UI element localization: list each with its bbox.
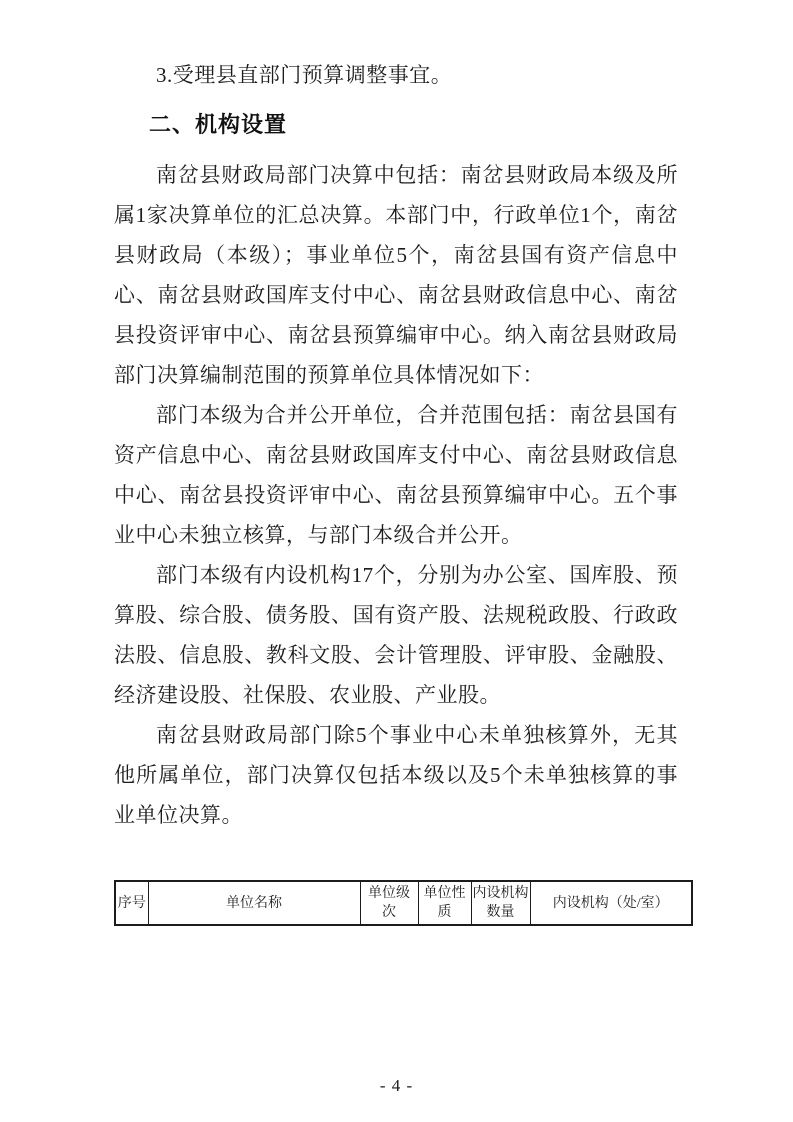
page-number: - 4 -	[0, 1076, 793, 1096]
table-header-internal-organs: 内设机构（处/室）	[530, 881, 692, 925]
paragraph-scope-note: 南岔县财政局部门除5个事业中心未单独核算外，无其他所属单位，部门决算仅包括本级以…	[114, 715, 678, 835]
table-header-internal-organ-count: 内设机构数量	[471, 881, 530, 925]
paragraph-internal-organs: 部门本级有内设机构17个，分别为办公室、国库股、预算股、综合股、债务股、国有资产…	[114, 555, 678, 715]
numbered-list-item-3: 3.受理县直部门预算调整事宜。	[114, 55, 678, 95]
section-heading: 二、机构设置	[114, 105, 678, 145]
table-header-unit-level: 单位级次	[360, 881, 418, 925]
paragraph-merged-disclosure: 部门本级为合并公开单位，合并范围包括：南岔县国有资产信息中心、南岔县财政国库支付…	[114, 395, 678, 555]
table-header-serial-number: 序号	[115, 881, 148, 925]
units-table-header-row: 序号 单位名称 单位级次 单位性质 内设机构数量 内设机构（处/室）	[115, 881, 692, 925]
paragraph-department-overview: 南岔县财政局部门决算中包括：南岔县财政局本级及所属1家决算单位的汇总决算。本部门…	[114, 155, 678, 395]
document-content: 3.受理县直部门预算调整事宜。 二、机构设置 南岔县财政局部门决算中包括：南岔县…	[114, 55, 678, 926]
table-header-unit-name: 单位名称	[148, 881, 360, 925]
table-header-unit-type: 单位性质	[418, 881, 471, 925]
document-page: 3.受理县直部门预算调整事宜。 二、机构设置 南岔县财政局部门决算中包括：南岔县…	[0, 0, 793, 1122]
units-table: 序号 单位名称 单位级次 单位性质 内设机构数量 内设机构（处/室）	[114, 880, 693, 926]
